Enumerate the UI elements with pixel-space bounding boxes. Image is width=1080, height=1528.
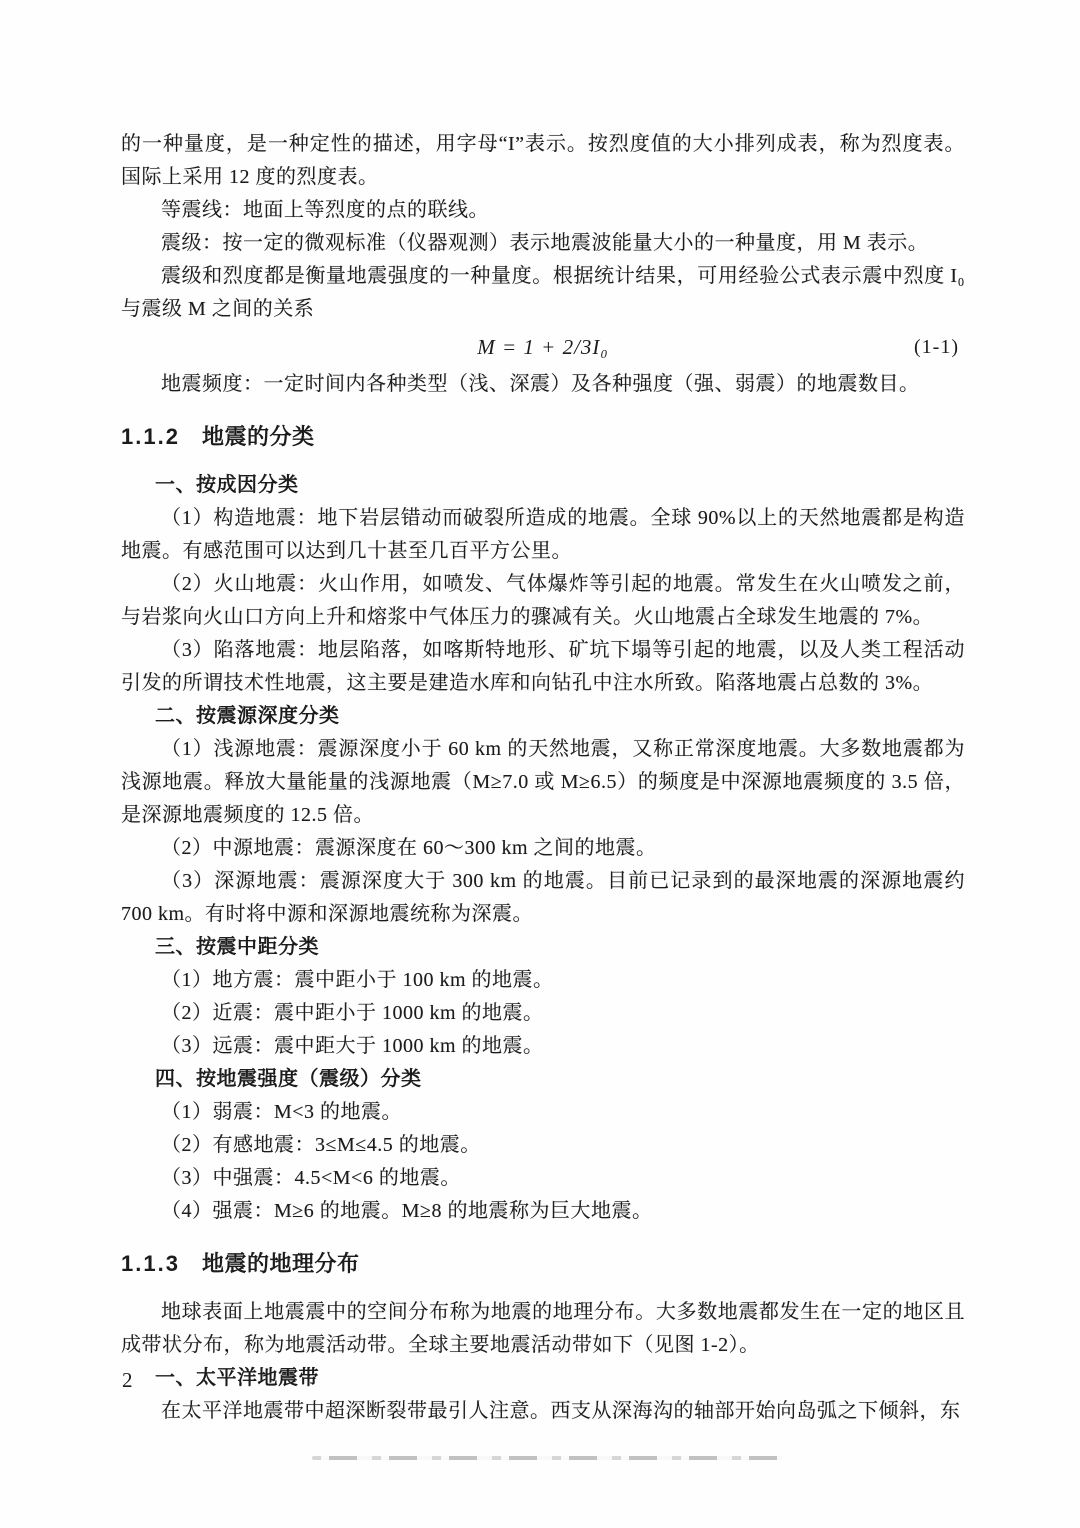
section-number: 1.1.3: [121, 1251, 180, 1276]
section-number: 1.1.2: [121, 424, 180, 449]
subheading-by-epicentral-distance: 三、按震中距分类: [121, 931, 965, 964]
paragraph-volcanic-earthquake: （2）火山地震：火山作用，如喷发、气体爆炸等引起的地震。常发生在火山喷发之前，与…: [121, 568, 965, 634]
subheading-by-focal-depth: 二、按震源深度分类: [121, 700, 965, 733]
paragraph-near-earthquake: （2）近震：震中距小于 1000 km 的地震。: [121, 997, 965, 1030]
page-number: 2: [122, 1368, 133, 1393]
paragraph-deep-focus: （3）深源地震：震源深度大于 300 km 的地震。目前已记录到的最深地震的深源…: [121, 865, 965, 931]
paragraph-local-earthquake: （1）地方震：震中距小于 100 km 的地震。: [121, 964, 965, 997]
paragraph-moderate-strong-earthquake: （3）中强震：4.5<M<6 的地震。: [121, 1162, 965, 1195]
paragraph-collapse-earthquake: （3）陷落地震：地层陷落，如喀斯特地形、矿坑下塌等引起的地震，以及人类工程活动引…: [121, 634, 965, 700]
paragraph-intermediate-focus: （2）中源地震：震源深度在 60～300 km 之间的地震。: [121, 832, 965, 865]
section-title: 地震的地理分布: [202, 1251, 360, 1276]
paragraph-isoseismal-line: 等震线：地面上等烈度的点的联线。: [121, 194, 965, 227]
scan-smudge-artifact: [312, 1456, 782, 1460]
subheading-by-magnitude: 四、按地震强度（震级）分类: [121, 1063, 965, 1096]
equation-row: M = 1 + 2/3I₀ (1-1): [121, 326, 965, 368]
book-page: 的一种量度，是一种定性的描述，用字母“I”表示。按烈度值的大小排列成表，称为烈度…: [0, 0, 1080, 1528]
paragraph-continuation: 的一种量度，是一种定性的描述，用字母“I”表示。按烈度值的大小排列成表，称为烈度…: [121, 128, 965, 194]
page-text-column: 的一种量度，是一种定性的描述，用字母“I”表示。按烈度值的大小排列成表，称为烈度…: [121, 128, 965, 1428]
subheading-by-cause: 一、按成因分类: [121, 469, 965, 502]
section-title: 地震的分类: [202, 424, 315, 449]
equation-expression: M = 1 + 2/3I₀: [477, 335, 608, 359]
paragraph-felt-earthquake: （2）有感地震：3≤M≤4.5 的地震。: [121, 1129, 965, 1162]
section-heading-1-1-2: 1.1.2地震的分类: [121, 422, 965, 452]
subheading-pacific-seismic-belt: 一、太平洋地震带: [121, 1362, 965, 1395]
paragraph-shallow-focus: （1）浅源地震：震源深度小于 60 km 的天然地震，又称正常深度地震。大多数地…: [121, 733, 965, 832]
paragraph-distant-earthquake: （3）远震：震中距大于 1000 km 的地震。: [121, 1030, 965, 1063]
paragraph-pacific-belt-detail: 在太平洋地震带中超深断裂带最引人注意。西支从深海沟的轴部开始向岛弧之下倾斜，东: [121, 1395, 965, 1428]
equation-number: (1-1): [914, 326, 959, 368]
paragraph-weak-earthquake: （1）弱震：M<3 的地震。: [121, 1096, 965, 1129]
paragraph-tectonic-earthquake: （1）构造地震：地下岩层错动而破裂所造成的地震。全球 90%以上的天然地震都是构…: [121, 502, 965, 568]
paragraph-geographic-distribution: 地球表面上地震震中的空间分布称为地震的地理分布。大多数地震都发生在一定的地区且成…: [121, 1296, 965, 1362]
paragraph-magnitude-definition: 震级：按一定的微观标准（仪器观测）表示地震波能量大小的一种量度，用 M 表示。: [121, 227, 965, 260]
paragraph-magnitude-intensity-relation: 震级和烈度都是衡量地震强度的一种量度。根据统计结果，可用经验公式表示震中烈度 I…: [121, 260, 965, 326]
paragraph-strong-earthquake: （4）强震：M≥6 的地震。M≥8 的地震称为巨大地震。: [121, 1195, 965, 1228]
paragraph-earthquake-frequency: 地震频度：一定时间内各种类型（浅、深震）及各种强度（强、弱震）的地震数目。: [121, 368, 965, 401]
section-heading-1-1-3: 1.1.3地震的地理分布: [121, 1249, 965, 1279]
